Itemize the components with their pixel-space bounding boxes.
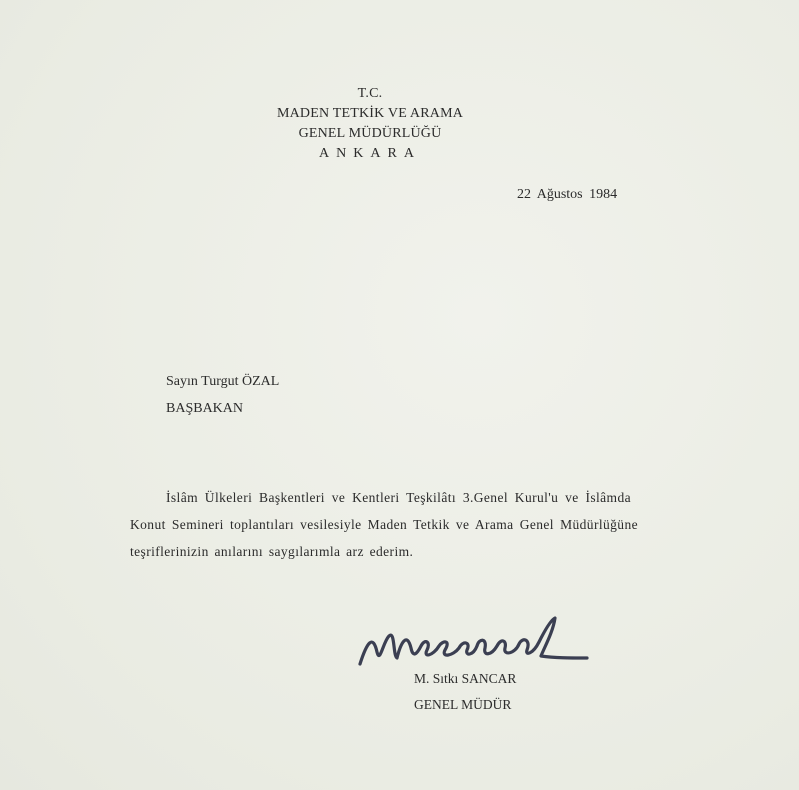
letterhead-line-directorate: GENEL MÜDÜRLÜĞÜ	[0, 126, 740, 142]
letter-page: T.C. MADEN TETKİK VE ARAMA GENEL MÜDÜRLÜ…	[0, 0, 799, 790]
body-line-1: İslâm Ülkeleri Başkentleri ve Kentleri T…	[166, 490, 631, 506]
signatory-title: GENEL MÜDÜR	[414, 697, 511, 713]
signatory-name: M. Sıtkı SANCAR	[414, 671, 516, 687]
letterhead-line-institution: MADEN TETKİK VE ARAMA	[0, 106, 740, 122]
body-line-3: teşriflerinizin anılarını saygılarımla a…	[130, 544, 638, 560]
letterhead-line-city: ANKARA	[0, 146, 740, 162]
letter-date: 22 Ağustos 1984	[517, 187, 617, 203]
recipient-name: Sayın Turgut ÖZAL	[166, 374, 279, 390]
handwritten-signature	[355, 612, 595, 672]
recipient-title: BAŞBAKAN	[166, 401, 243, 417]
letterhead-line-tc: T.C.	[0, 86, 740, 102]
body-line-2: Konut Semineri toplantıları vesilesiyle …	[130, 517, 638, 533]
